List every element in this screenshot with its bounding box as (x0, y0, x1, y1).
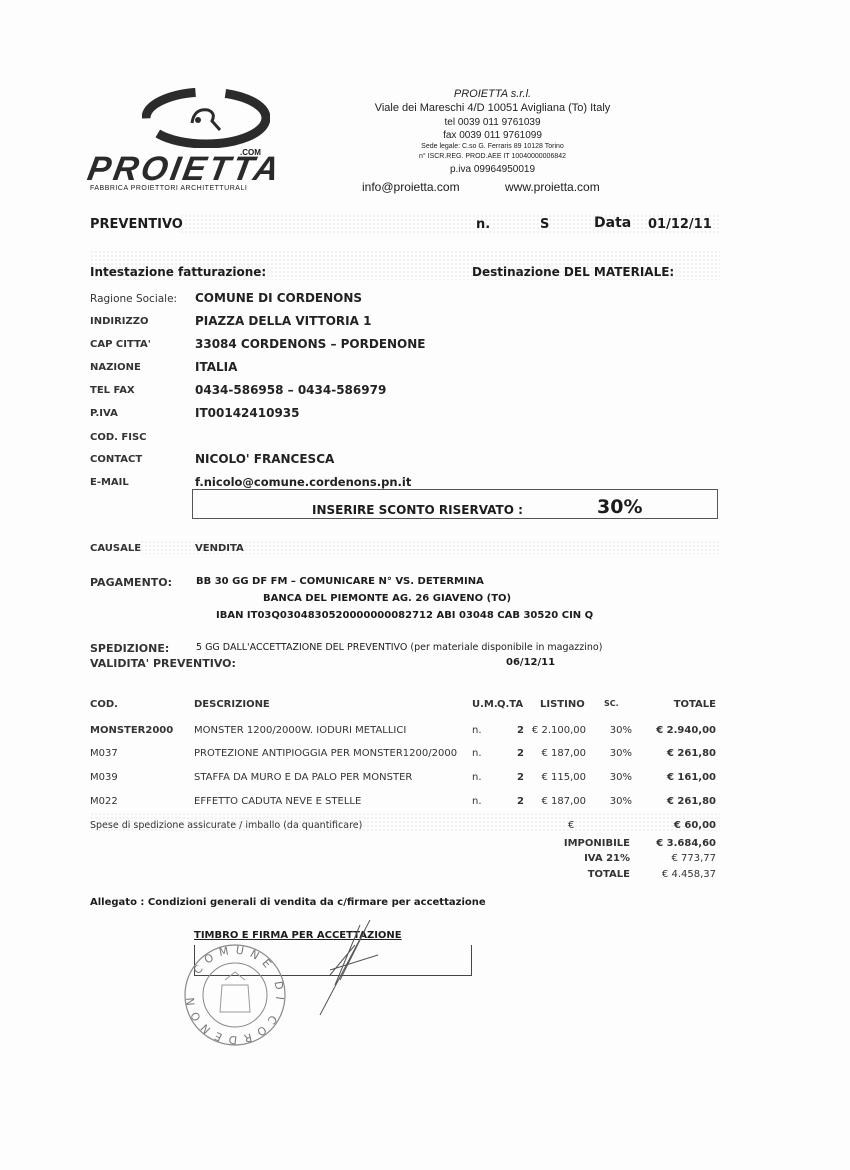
company-sede: Sede legale: C.so G. Ferraris 89 10128 T… (350, 143, 635, 150)
cell-disc: 30% (598, 796, 632, 807)
number-suffix: S (540, 217, 549, 232)
validity-label: VALIDITA' PREVENTIVO: (90, 657, 236, 670)
cell-um: n. (472, 748, 482, 759)
cell-cod: M039 (90, 772, 118, 783)
client-field-value: COMUNE DI CORDENONS (195, 291, 362, 305)
client-field-label: TEL FAX (90, 385, 135, 396)
discount-label: INSERIRE SCONTO RISERVATO : (312, 503, 523, 517)
municipal-stamp-icon: COMUNE DI CORDENONS (180, 940, 290, 1050)
cell-total: € 261,80 (640, 796, 716, 807)
client-field-value: f.nicolo@comune.cordenons.pn.it (195, 475, 411, 489)
client-field-value: ITALIA (195, 360, 237, 374)
iva-value: € 773,77 (640, 853, 716, 864)
shipping-value: 5 GG DALL'ACCETTAZIONE DEL PREVENTIVO (p… (196, 642, 602, 653)
client-field-label: NAZIONE (90, 362, 141, 373)
company-fax: fax 0039 011 9761099 (350, 130, 635, 141)
cell-cod: M037 (90, 748, 118, 759)
client-field-label: E-MAIL (90, 477, 129, 488)
shipping-row-desc: Spese di spedizione assicurate / imballo… (90, 820, 362, 831)
signature-scribble-icon (300, 915, 380, 1025)
cell-disc: 30% (598, 725, 632, 736)
company-vat: p.iva 09964950019 (350, 164, 635, 175)
company-email-link[interactable]: info@proietta.com (362, 180, 460, 194)
col-price: LISTINO (540, 699, 585, 710)
totale-label: TOTALE (540, 869, 630, 880)
client-field-label: CONTACT (90, 454, 142, 465)
cell-total: € 261,80 (640, 748, 716, 759)
shipping-row-price: € (568, 820, 574, 831)
attachment-note: Allegato : Condizioni generali di vendit… (90, 897, 486, 908)
client-field-label: COD. FISC (90, 432, 147, 443)
imponibile-value: € 3.684,60 (640, 838, 716, 849)
payment-terms: BB 30 GG DF FM – COMUNICARE N° VS. DETER… (196, 576, 484, 587)
cell-disc: 30% (598, 748, 632, 759)
cell-qty: 2 (494, 725, 524, 736)
date-value: 01/12/11 (648, 217, 712, 232)
client-field-value: IT00142410935 (195, 406, 300, 420)
validity-value: 06/12/11 (506, 657, 555, 668)
cell-qty: 2 (494, 772, 524, 783)
billing-label: Intestazione fatturazione: (90, 265, 266, 279)
date-label: Data (594, 215, 631, 231)
client-field-label: P.IVA (90, 408, 118, 419)
company-registration: n° ISCR.REG. PROD.AEE IT 10040000006842 (350, 153, 635, 160)
proietta-logo-icon (142, 88, 270, 148)
causale-value: VENDITA (195, 543, 244, 554)
doc-type: PREVENTIVO (90, 217, 183, 232)
company-tel: tel 0039 011 9761039 (350, 117, 635, 128)
cell-desc: EFFETTO CADUTA NEVE E STELLE (194, 796, 361, 807)
company-name: PROIETTA s.r.l. (350, 88, 635, 100)
cell-qty: 2 (494, 796, 524, 807)
destination-label: Destinazione DEL MATERIALE: (472, 265, 674, 279)
cell-price: € 187,00 (528, 748, 586, 759)
causale-label: CAUSALE (90, 543, 141, 554)
client-field-label: INDIRIZZO (90, 316, 149, 327)
cell-price: € 2.100,00 (528, 725, 586, 736)
cell-cod: MONSTER2000 (90, 725, 173, 736)
payment-label: PAGAMENTO: (90, 576, 172, 589)
iva-label: IVA 21% (540, 853, 630, 864)
cell-um: n. (472, 725, 482, 736)
cell-total: € 2.940,00 (640, 725, 716, 736)
client-field-value: PIAZZA DELLA VITTORIA 1 (195, 314, 371, 328)
cell-total: € 161,00 (640, 772, 716, 783)
payment-bank: BANCA DEL PIEMONTE AG. 26 GIAVENO (TO) (263, 593, 511, 604)
col-total: TOTALE (640, 699, 716, 710)
payment-iban: IBAN IT03Q0304830520000000082712 ABI 030… (216, 610, 593, 621)
col-disc: SC. (604, 699, 619, 708)
cell-um: n. (472, 772, 482, 783)
logo-wordmark: PROIETTA (85, 150, 285, 189)
svg-text:COMUNE DI CORDENONS: COMUNE DI CORDENONS (180, 940, 287, 1046)
totale-value: € 4.458,37 (640, 869, 716, 880)
cell-desc: MONSTER 1200/2000W. IODURI METALLICI (194, 725, 406, 736)
cell-um: n. (472, 796, 482, 807)
cell-qty: 2 (494, 748, 524, 759)
col-qty: Q.TA (497, 699, 523, 710)
imponibile-label: IMPONIBILE (540, 838, 630, 849)
col-desc: DESCRIZIONE (194, 699, 270, 710)
cell-desc: PROTEZIONE ANTIPIOGGIA PER MONSTER1200/2… (194, 748, 457, 759)
client-field-label: Ragione Sociale: (90, 293, 177, 305)
col-um: U.M. (472, 699, 498, 710)
client-field-label: CAP CITTA' (90, 339, 151, 350)
number-label: n. (476, 217, 490, 232)
cell-price: € 187,00 (528, 796, 586, 807)
client-field-value: 0434-586958 – 0434-586979 (195, 383, 386, 397)
cell-desc: STAFFA DA MURO E DA PALO PER MONSTER (194, 772, 412, 783)
client-field-value: 33084 CORDENONS – PORDENONE (195, 337, 426, 351)
cell-disc: 30% (598, 772, 632, 783)
client-field-value: NICOLO' FRANCESCA (195, 452, 334, 466)
cell-cod: M022 (90, 796, 118, 807)
shipping-label: SPEDIZIONE: (90, 642, 169, 655)
logo-tagline: FABBRICA PROIETTORI ARCHITETTURALI (90, 185, 247, 192)
cell-price: € 115,00 (528, 772, 586, 783)
col-cod: COD. (90, 699, 118, 710)
discount-value: 30% (597, 496, 642, 518)
shipping-row-total: € 60,00 (640, 820, 716, 831)
company-address: Viale dei Mareschi 4/D 10051 Avigliana (… (350, 102, 635, 114)
company-website-link[interactable]: www.proietta.com (505, 180, 600, 194)
scan-noise (180, 214, 720, 234)
